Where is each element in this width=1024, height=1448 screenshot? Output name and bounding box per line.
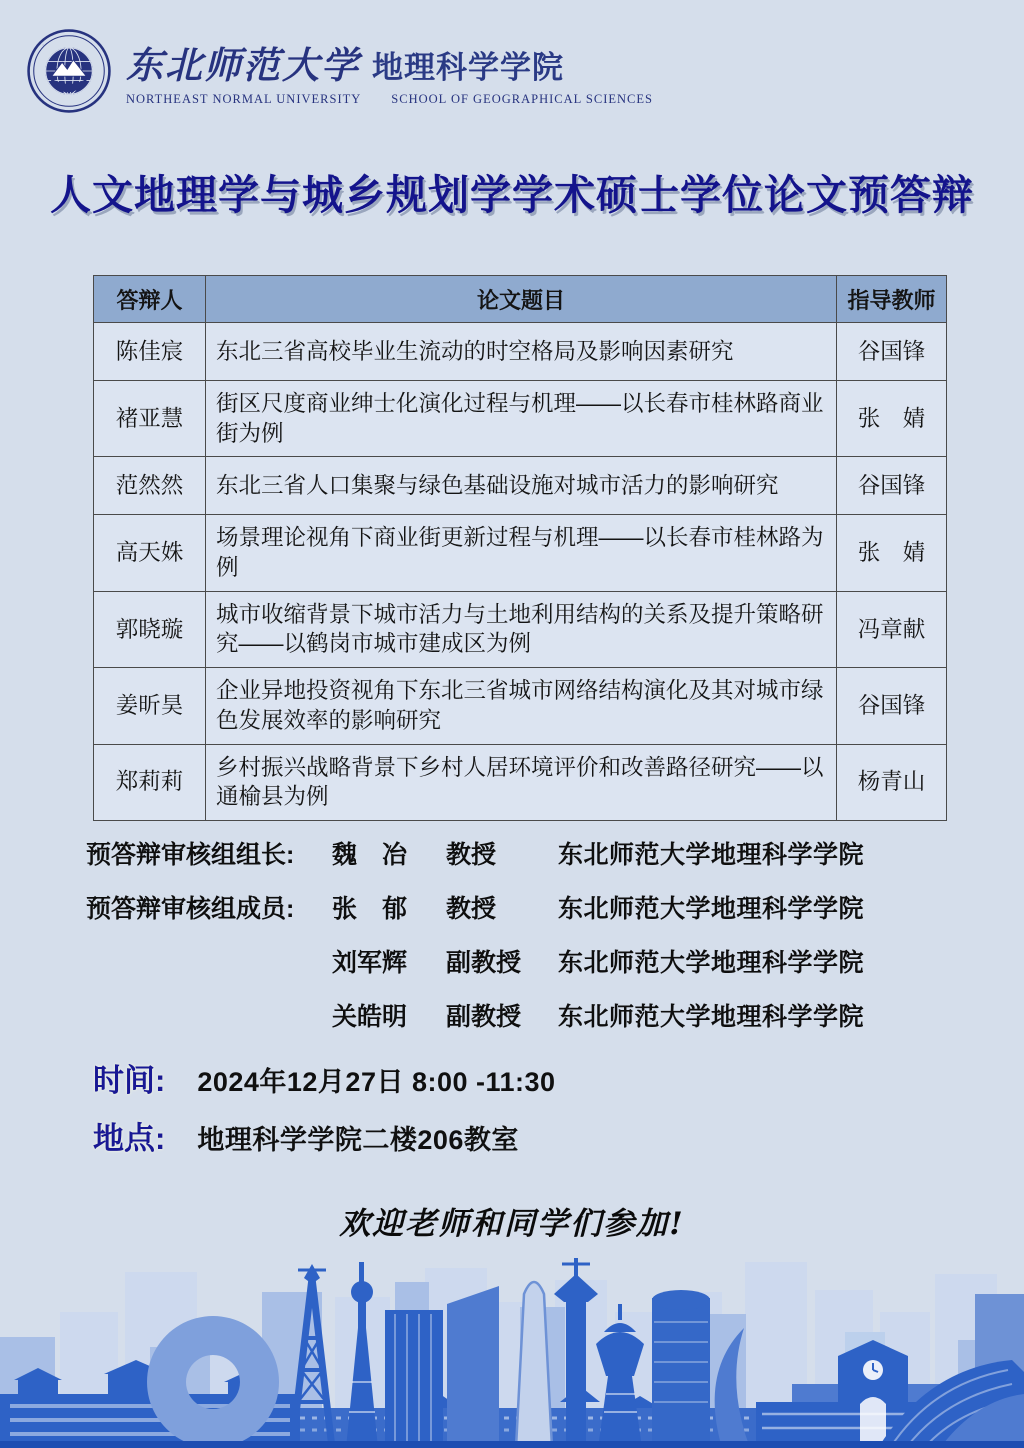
column-header-thesis: 论文题目 — [206, 276, 837, 323]
advisor-name: 杨青山 — [837, 744, 947, 820]
table-row: 郑莉莉 乡村振兴战略背景下乡村人居环境评价和改善路径研究——以通榆县为例 杨青山 — [94, 744, 947, 820]
table-row: 高天姝 场景理论视角下商业街更新过程与机理——以长春市桂林路为例 张 婧 — [94, 515, 947, 591]
committee-member-name: 魏 冶 — [332, 835, 446, 871]
poster: · 东北师范大学 地理科学学院 NORTHEAST NORMAL UNIVERS… — [0, 0, 1024, 1448]
time-row: 时间: 2024年12月27日 8:00 -11:30 — [93, 1055, 556, 1100]
place-value: 地理科学学院二楼206教室 — [197, 1118, 519, 1157]
committee-member-org: 东北师范大学地理科学学院 — [558, 997, 946, 1033]
advisor-name: 冯章献 — [837, 591, 947, 667]
defender-name: 姜昕昊 — [94, 668, 206, 744]
defender-name: 褚亚慧 — [94, 381, 206, 457]
table-header-row: 答辩人 论文题目 指导教师 — [94, 276, 947, 323]
committee-member-org: 东北师范大学地理科学学院 — [558, 835, 946, 871]
committee-member-title: 副教授 — [446, 997, 558, 1033]
thesis-title: 东北三省人口集聚与绿色基础设施对城市活力的影响研究 — [206, 457, 837, 515]
thesis-title: 城市收缩背景下城市活力与土地利用结构的关系及提升策略研究——以鹤岗市城市建成区为… — [206, 591, 837, 667]
defender-name: 范然然 — [94, 457, 206, 515]
advisor-name: 谷国锋 — [837, 457, 947, 515]
thesis-title: 街区尺度商业绅士化演化过程与机理——以长春市桂林路商业街为例 — [206, 381, 837, 457]
school-name-en: SCHOOL OF GEOGRAPHICAL SCIENCES — [391, 92, 653, 107]
defender-name: 郭晓璇 — [94, 591, 206, 667]
committee-member-name: 刘军辉 — [332, 943, 446, 979]
committee-member-title: 教授 — [446, 889, 558, 925]
welcome-message: 欢迎老师和同学们参加! — [0, 1198, 1024, 1243]
table-row: 范然然 东北三省人口集聚与绿色基础设施对城市活力的影响研究 谷国锋 — [94, 457, 947, 515]
committee-role: 预答辩审核组成员: — [86, 889, 332, 925]
defender-name: 郑莉莉 — [94, 744, 206, 820]
brand-text: 东北师范大学 地理科学学院 NORTHEAST NORMAL UNIVERSIT… — [126, 35, 653, 107]
defense-schedule-table: 答辩人 论文题目 指导教师 陈佳宸 东北三省高校毕业生流动的时空格局及影响因素研… — [93, 275, 947, 821]
table-row: 郭晓璇 城市收缩背景下城市活力与土地利用结构的关系及提升策略研究——以鹤岗市城市… — [94, 591, 947, 667]
committee-row: 关皓明 副教授 东北师范大学地理科学学院 — [86, 988, 946, 1042]
committee-row: 刘军辉 副教授 东北师范大学地理科学学院 — [86, 934, 946, 988]
time-label: 时间: — [93, 1055, 165, 1100]
committee-role: 预答辩审核组组长: — [86, 835, 332, 871]
time-value: 2024年12月27日 8:00 -11:30 — [197, 1060, 555, 1099]
thesis-title: 企业异地投资视角下东北三省城市网络结构演化及其对城市绿色发展效率的影响研究 — [206, 668, 837, 744]
page-title: 人文地理学与城乡规划学学术硕士学位论文预答辩 — [0, 162, 1024, 221]
table-row: 姜昕昊 企业异地投资视角下东北三省城市网络结构演化及其对城市绿色发展效率的影响研… — [94, 668, 947, 744]
advisor-name: 张 婧 — [837, 515, 947, 591]
defender-name: 高天姝 — [94, 515, 206, 591]
school-name-cn: 地理科学学院 — [372, 42, 564, 87]
committee-section: 预答辩审核组组长: 魏 冶 教授 东北师范大学地理科学学院 预答辩审核组成员: … — [86, 826, 946, 1042]
university-name-cn: 东北师范大学 — [126, 35, 360, 89]
committee-row: 预答辩审核组成员: 张 郁 教授 东北师范大学地理科学学院 — [86, 880, 946, 934]
table-row: 褚亚慧 街区尺度商业绅士化演化过程与机理——以长春市桂林路商业街为例 张 婧 — [94, 381, 947, 457]
table-row: 陈佳宸 东北三省高校毕业生流动的时空格局及影响因素研究 谷国锋 — [94, 323, 947, 381]
advisor-name: 谷国锋 — [837, 323, 947, 381]
university-seal-icon: · — [26, 28, 112, 114]
committee-member-title: 教授 — [446, 835, 558, 871]
column-header-advisor: 指导教师 — [837, 276, 947, 323]
column-header-defender: 答辩人 — [94, 276, 206, 323]
thesis-title: 场景理论视角下商业街更新过程与机理——以长春市桂林路为例 — [206, 515, 837, 591]
committee-member-title: 副教授 — [446, 943, 558, 979]
university-name-en: NORTHEAST NORMAL UNIVERSITY — [126, 92, 361, 107]
advisor-name: 张 婧 — [837, 381, 947, 457]
advisor-name: 谷国锋 — [837, 668, 947, 744]
defender-name: 陈佳宸 — [94, 323, 206, 381]
city-skyline-illustration — [0, 1252, 1024, 1448]
committee-member-org: 东北师范大学地理科学学院 — [558, 943, 946, 979]
committee-member-name: 张 郁 — [332, 889, 446, 925]
committee-member-name: 关皓明 — [332, 997, 446, 1033]
thesis-title: 东北三省高校毕业生流动的时空格局及影响因素研究 — [206, 323, 837, 381]
place-label: 地点: — [93, 1113, 165, 1158]
committee-row: 预答辩审核组组长: 魏 冶 教授 东北师范大学地理科学学院 — [86, 826, 946, 880]
committee-member-org: 东北师范大学地理科学学院 — [558, 889, 946, 925]
place-row: 地点: 地理科学学院二楼206教室 — [93, 1113, 519, 1158]
thesis-title: 乡村振兴战略背景下乡村人居环境评价和改善路径研究——以通榆县为例 — [206, 744, 837, 820]
brand-header: · 东北师范大学 地理科学学院 NORTHEAST NORMAL UNIVERS… — [26, 28, 653, 114]
